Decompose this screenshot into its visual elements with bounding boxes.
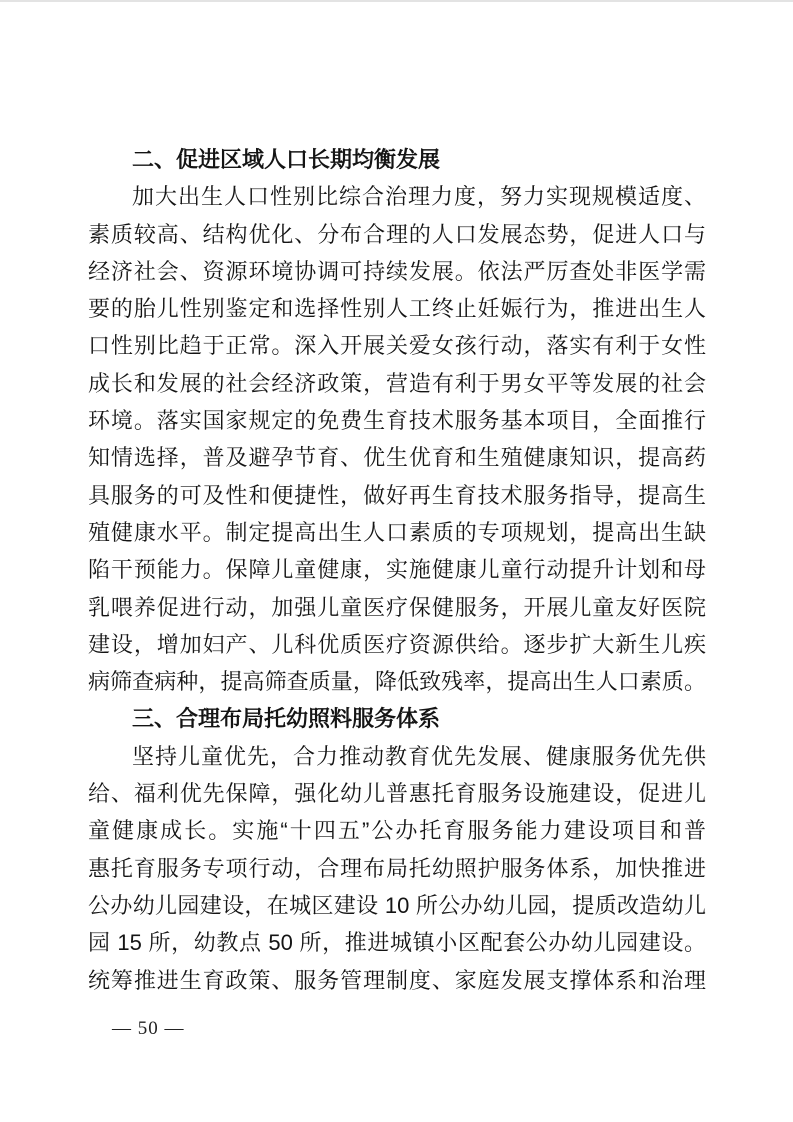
text-line: 加大出生人口性别比综合治理力度，努力实现规模适度、 [88, 178, 706, 215]
text-line: 殖健康水平。制定提高出生人口素质的专项规划，提高出生缺 [88, 514, 706, 551]
text-line: 建设，增加妇产、儿科优质医疗资源供给。逐步扩大新生儿疾 [88, 626, 706, 663]
text-line: 童健康成长。实施“十四五”公办托育服务能力建设项目和普 [88, 812, 706, 849]
text-line: 坚持儿童优先，合力推动教育优先发展、健康服务优先供 [88, 738, 706, 775]
section-heading-2: 二、促进区域人口长期均衡发展 [88, 141, 706, 178]
text-line: 园 15 所，幼教点 50 所，推进城镇小区配套公办幼儿园建设。 [88, 924, 706, 961]
text-line: 公办幼儿园建设，在城区建设 10 所公办幼儿园，提质改造幼儿 [88, 887, 706, 924]
text-line: 要的胎儿性别鉴定和选择性别人工终止妊娠行为，推进出生人 [88, 290, 706, 327]
text-line: 惠托育服务专项行动，合理布局托幼照护服务体系，加快推进 [88, 850, 706, 887]
text-block: 二、促进区域人口长期均衡发展 加大出生人口性别比综合治理力度，努力实现规模适度、… [88, 141, 706, 999]
section-heading-3: 三、合理布局托幼照料服务体系 [88, 700, 706, 737]
text-line: 给、福利优先保障，强化幼儿普惠托育服务设施建设，促进儿 [88, 775, 706, 812]
document-page: 二、促进区域人口长期均衡发展 加大出生人口性别比综合治理力度，努力实现规模适度、… [0, 0, 793, 1122]
text-line: 口性别比趋于正常。深入开展关爱女孩行动，落实有利于女性 [88, 327, 706, 364]
text-line: 病筛查病种，提高筛查质量，降低致残率，提高出生人口素质。 [88, 663, 706, 700]
text-line: 素质较高、结构优化、分布合理的人口发展态势，促进人口与 [88, 216, 706, 253]
text-line: 成长和发展的社会经济政策，营造有利于男女平等发展的社会 [88, 365, 706, 402]
text-line: 知情选择，普及避孕节育、优生优育和生殖健康知识，提高药 [88, 439, 706, 476]
text-line: 乳喂养促进行动，加强儿童医疗保健服务，开展儿童友好医院 [88, 589, 706, 626]
page-edge-shadow [0, 0, 793, 2]
text-line: 经济社会、资源环境协调可持续发展。依法严厉查处非医学需 [88, 253, 706, 290]
page-number: — 50 — [112, 1018, 185, 1040]
text-line: 统筹推进生育政策、服务管理制度、家庭发展支撑体系和治理 [88, 962, 706, 999]
text-line: 具服务的可及性和便捷性，做好再生育技术服务指导，提高生 [88, 477, 706, 514]
text-line: 陷干预能力。保障儿童健康，实施健康儿童行动提升计划和母 [88, 551, 706, 588]
text-line: 环境。落实国家规定的免费生育技术服务基本项目，全面推行 [88, 402, 706, 439]
